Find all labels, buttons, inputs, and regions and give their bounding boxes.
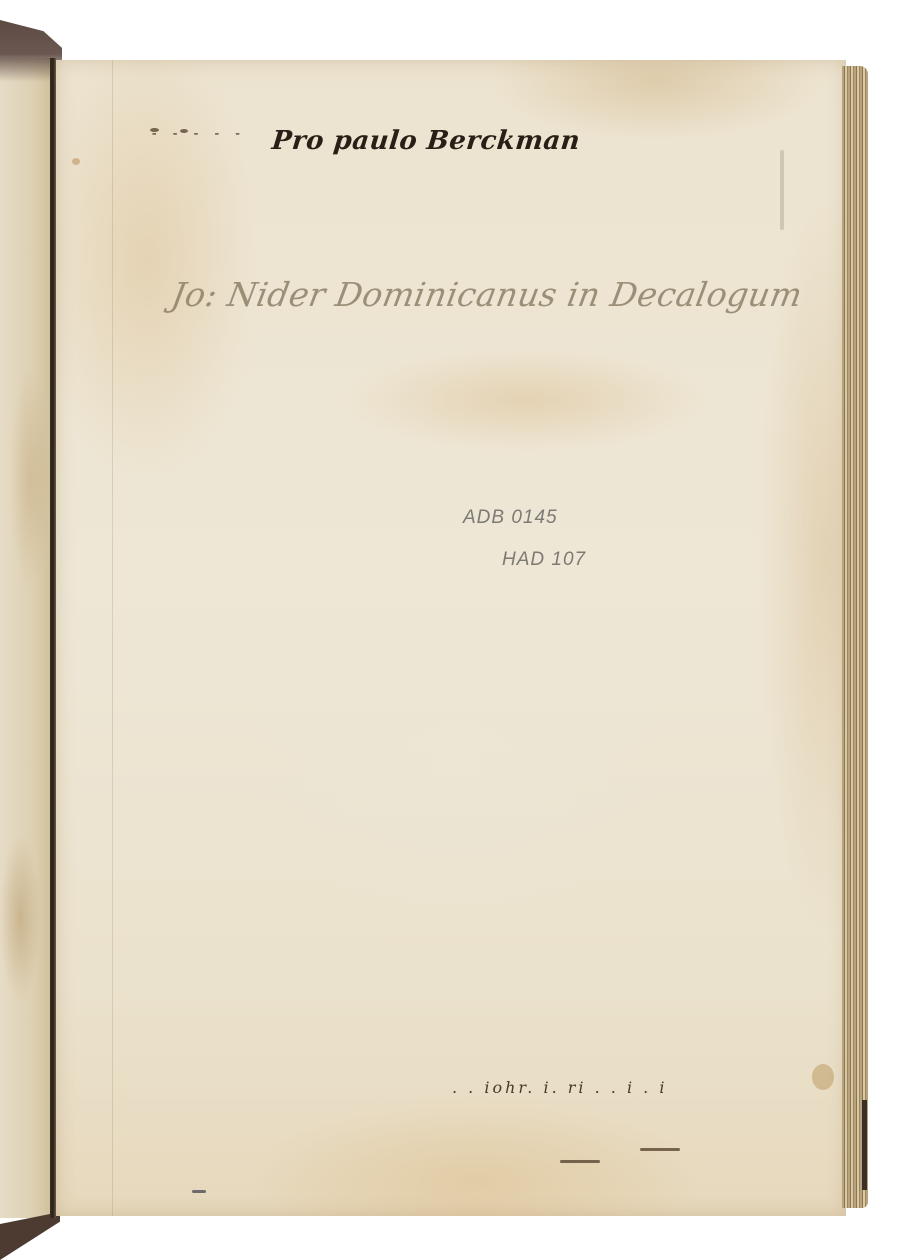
owner-inscription: Pro paulo Berckman (271, 128, 582, 154)
shelfmark-pencil-1: ADB 0145 (463, 508, 558, 527)
title-inscription: Jo: Nider Dominicanus in Decalogum (169, 278, 805, 311)
page-fore-edge (842, 66, 868, 1208)
flyleaf-page (56, 60, 846, 1216)
ink-speck (640, 1148, 680, 1151)
back-cover-edge (862, 1100, 867, 1190)
ink-speck (780, 150, 784, 230)
shelfmark-pencil-2: HAD 107 (502, 550, 586, 569)
ink-speck (150, 128, 159, 132)
ink-speck (72, 158, 80, 165)
book-photograph: - - - - - Pro paulo Berckman Jo: Nider D… (0, 0, 917, 1260)
page-fold-line (112, 60, 113, 1216)
footer-inscription-fragment: . . iohr. i. ri . . i . i (452, 1080, 667, 1096)
owner-prefix-marks: - - - - - (150, 127, 244, 141)
binding-leather-bottom (0, 1212, 60, 1260)
ink-speck (180, 129, 188, 133)
ink-speck (560, 1160, 600, 1163)
left-facing-page (0, 58, 56, 1218)
ink-speck (192, 1190, 206, 1193)
water-stain (812, 1064, 834, 1090)
